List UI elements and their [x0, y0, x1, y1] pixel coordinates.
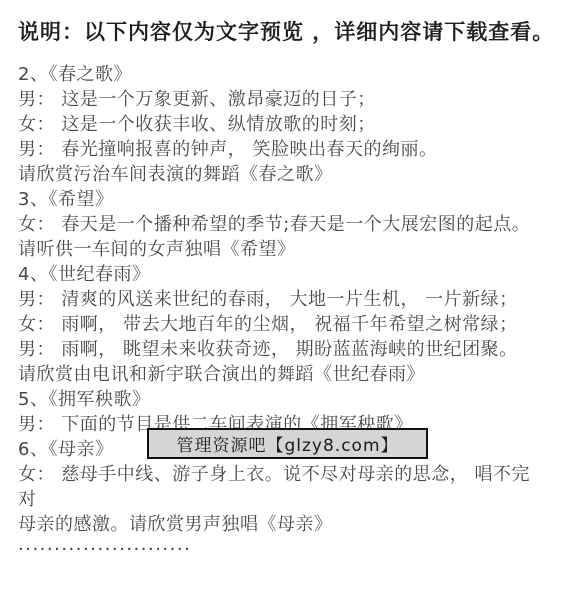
script-line: 女： 春天是一个播种希望的季节;春天是一个大展宏图的起点。: [18, 212, 578, 237]
script-line: 请欣赏由电讯和新宇联合演出的舞蹈《世纪春雨》: [18, 362, 578, 387]
script-line: 男： 清爽的风送来世纪的春雨， 大地一片生机， 一片新绿；: [18, 287, 578, 312]
script-line: 对: [18, 487, 578, 512]
document-preview-page: 说明：以下内容仅为文字预览 ，详细内容请下载查看。 2、《春之歌》 男： 这是一…: [0, 0, 578, 600]
script-line: 2、《春之歌》: [18, 62, 578, 87]
script-line: 男： 这是一个万象更新、激昂豪迈的日子；: [18, 87, 578, 112]
ellipsis-line: ························: [18, 537, 578, 562]
preview-notice: 说明：以下内容仅为文字预览 ，详细内容请下载查看。: [18, 20, 578, 44]
script-line: 男： 春光撞响报喜的钟声， 笑脸映出春天的绚丽。: [18, 137, 578, 162]
script-line: 男： 雨啊， 眺望未来收获奇迹， 期盼蓝蓝海峡的世纪团聚。: [18, 337, 578, 362]
script-line: 女： 慈母手中线、游子身上衣。说不尽对母亲的思念， 唱不完: [18, 462, 578, 487]
script-line: 女： 雨啊， 带去大地百年的尘烟， 祝福千年希望之树常绿；: [18, 312, 578, 337]
script-line: 5、《拥军秧歌》: [18, 387, 578, 412]
script-line: 请听供一车间的女声独唱《希望》: [18, 237, 578, 262]
script-line: 女： 这是一个收获丰收、纵情放歌的时刻；: [18, 112, 578, 137]
script-line: 母亲的感激。请欣赏男声独唱《母亲》: [18, 512, 578, 537]
script-line: 4、《世纪春雨》: [18, 262, 578, 287]
watermark-badge: 管理资源吧【glzy8.com】: [147, 428, 428, 459]
script-line: 3、《希望》: [18, 187, 578, 212]
script-line: 请欣赏污治车间表演的舞蹈《春之歌》: [18, 162, 578, 187]
script-text-block: 2、《春之歌》 男： 这是一个万象更新、激昂豪迈的日子； 女： 这是一个收获丰收…: [18, 62, 578, 562]
